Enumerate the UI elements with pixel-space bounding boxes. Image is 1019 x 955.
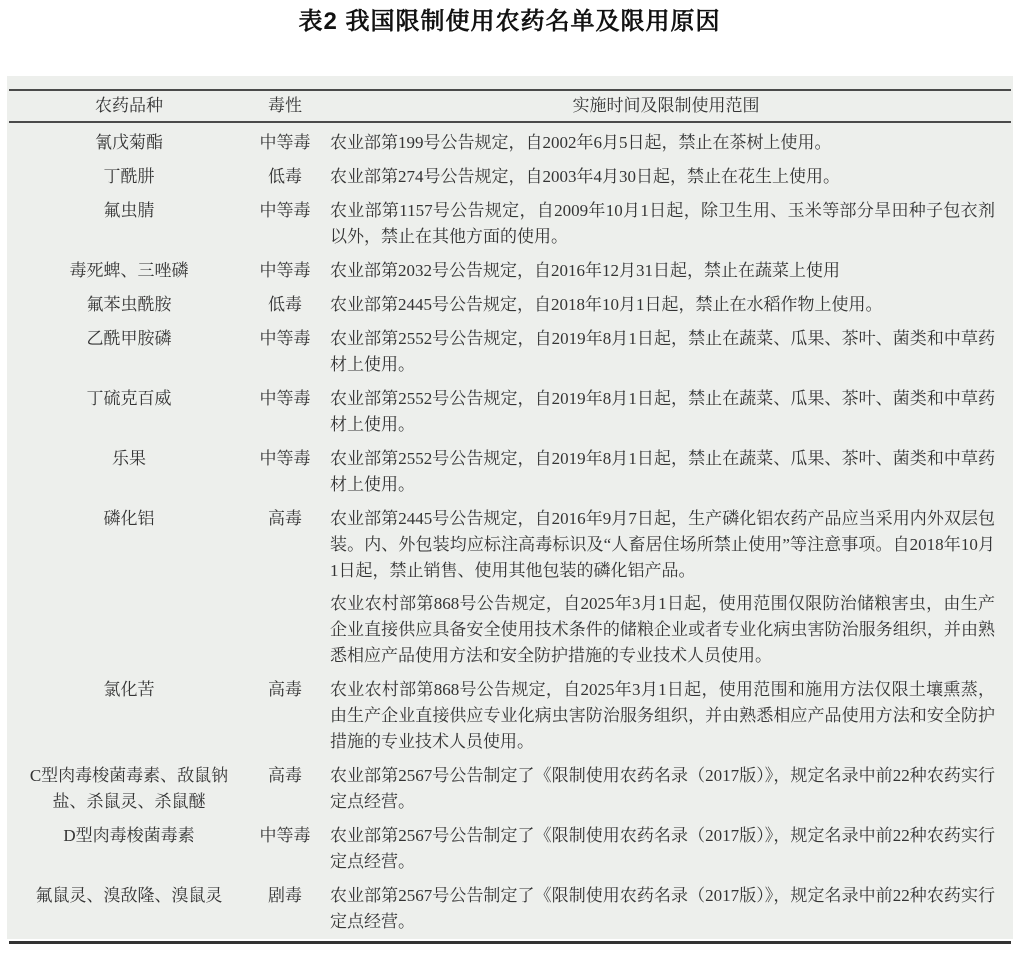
restriction-paragraph: 农业部第1157号公告规定，自2009年10月1日起，除卫生用、玉米等部分旱田种…: [330, 198, 995, 250]
pesticide-name-cell: 氟虫腈: [9, 198, 249, 250]
table-header-row: 农药品种 毒性 实施时间及限制使用范围: [9, 91, 1011, 121]
restriction-detail-cell: 农业部第2567号公告制定了《限制使用农药名录（2017版）》，规定名录中前22…: [321, 823, 1011, 875]
table-row: 氟鼠灵、溴敌隆、溴鼠灵 剧毒 农业部第2567号公告制定了《限制使用农药名录（2…: [9, 879, 1011, 939]
restriction-detail-cell: 农业部第1157号公告规定，自2009年10月1日起，除卫生用、玉米等部分旱田种…: [321, 198, 1011, 250]
restriction-paragraph: 农业部第2567号公告制定了《限制使用农药名录（2017版）》，规定名录中前22…: [330, 763, 995, 815]
restriction-detail-cell: 农业部第2032号公告规定，自2016年12月31日起，禁止在蔬菜上使用: [321, 258, 1011, 284]
table-row: 氟虫腈 中等毒 农业部第1157号公告规定，自2009年10月1日起，除卫生用、…: [9, 194, 1011, 254]
toxicity-cell: 中等毒: [249, 326, 321, 378]
pesticide-name-cell: 氯化苦: [9, 677, 249, 755]
pesticide-name-cell: 磷化铝: [9, 506, 249, 669]
restriction-paragraph: 农业农村部第868号公告规定，自2025年3月1日起，使用范围和施用方法仅限土壤…: [330, 677, 995, 755]
pesticide-name-cell: 氟鼠灵、溴敌隆、溴鼠灵: [9, 883, 249, 935]
toxicity-cell: 中等毒: [249, 258, 321, 284]
restriction-paragraph: 农业部第199号公告规定，自2002年6月5日起，禁止在茶树上使用。: [330, 130, 995, 156]
toxicity-cell: 高毒: [249, 763, 321, 815]
table-title: 表2 我国限制使用农药名单及限用原因: [0, 0, 1019, 36]
restriction-paragraph: 农业部第2552号公告规定，自2019年8月1日起，禁止在蔬菜、瓜果、茶叶、菌类…: [330, 446, 995, 498]
pesticide-name-cell: 乙酰甲胺磷: [9, 326, 249, 378]
table-row: 丁硫克百威 中等毒 农业部第2552号公告规定，自2019年8月1日起，禁止在蔬…: [9, 382, 1011, 442]
column-header-toxicity: 毒性: [249, 93, 321, 119]
table-row: 毒死蜱、三唑磷 中等毒 农业部第2032号公告规定，自2016年12月31日起，…: [9, 254, 1011, 288]
table-row: 磷化铝 高毒 农业部第2445号公告规定，自2016年9月7日起，生产磷化铝农药…: [9, 502, 1011, 673]
restriction-paragraph: 农业部第2445号公告规定，自2016年9月7日起，生产磷化铝农药产品应当采用内…: [330, 506, 995, 584]
toxicity-cell: 低毒: [249, 292, 321, 318]
table-row: D型肉毒梭菌毒素 中等毒 农业部第2567号公告制定了《限制使用农药名录（201…: [9, 819, 1011, 879]
column-header-scope: 实施时间及限制使用范围: [321, 93, 1011, 119]
restriction-detail-cell: 农业部第2567号公告制定了《限制使用农药名录（2017版）》，规定名录中前22…: [321, 883, 1011, 935]
restriction-paragraph: 农业农村部第868号公告规定，自2025年3月1日起，使用范围仅限防治储粮害虫，…: [330, 591, 995, 669]
pesticide-name-cell: D型肉毒梭菌毒素: [9, 823, 249, 875]
toxicity-cell: 中等毒: [249, 446, 321, 498]
pesticide-name-cell: C型肉毒梭菌毒素、敌鼠钠盐、杀鼠灵、杀鼠醚: [9, 763, 249, 815]
table-top-margin: [9, 76, 1011, 89]
toxicity-cell: 剧毒: [249, 883, 321, 935]
restriction-paragraph: 农业部第2552号公告规定，自2019年8月1日起，禁止在蔬菜、瓜果、茶叶、菌类…: [330, 326, 995, 378]
table-body: 氰戊菊酯 中等毒 农业部第199号公告规定，自2002年6月5日起，禁止在茶树上…: [9, 123, 1011, 939]
table-row: C型肉毒梭菌毒素、敌鼠钠盐、杀鼠灵、杀鼠醚 高毒 农业部第2567号公告制定了《…: [9, 759, 1011, 819]
restriction-detail-cell: 农业部第2445号公告规定，自2018年10月1日起，禁止在水稻作物上使用。: [321, 292, 1011, 318]
restriction-detail-cell: 农业部第199号公告规定，自2002年6月5日起，禁止在茶树上使用。: [321, 130, 1011, 156]
restriction-paragraph: 农业部第2032号公告规定，自2016年12月31日起，禁止在蔬菜上使用: [330, 258, 995, 284]
toxicity-cell: 低毒: [249, 164, 321, 190]
restriction-detail-cell: 农业农村部第868号公告规定，自2025年3月1日起，使用范围和施用方法仅限土壤…: [321, 677, 1011, 755]
table-row: 乐果 中等毒 农业部第2552号公告规定，自2019年8月1日起，禁止在蔬菜、瓜…: [9, 442, 1011, 502]
restriction-detail-cell: 农业部第2552号公告规定，自2019年8月1日起，禁止在蔬菜、瓜果、茶叶、菌类…: [321, 326, 1011, 378]
restriction-paragraph: 农业部第2567号公告制定了《限制使用农药名录（2017版）》，规定名录中前22…: [330, 883, 995, 935]
restriction-paragraph: 农业部第274号公告规定，自2003年4月30日起，禁止在花生上使用。: [330, 164, 995, 190]
toxicity-cell: 高毒: [249, 506, 321, 669]
pesticide-name-cell: 氟苯虫酰胺: [9, 292, 249, 318]
table-row: 乙酰甲胺磷 中等毒 农业部第2552号公告规定，自2019年8月1日起，禁止在蔬…: [9, 322, 1011, 382]
table-row: 氯化苦 高毒 农业农村部第868号公告规定，自2025年3月1日起，使用范围和施…: [9, 673, 1011, 759]
pesticide-restriction-table: 农药品种 毒性 实施时间及限制使用范围 氰戊菊酯 中等毒 农业部第199号公告规…: [7, 76, 1013, 939]
restriction-detail-cell: 农业部第2552号公告规定，自2019年8月1日起，禁止在蔬菜、瓜果、茶叶、菌类…: [321, 386, 1011, 438]
restriction-paragraph: 农业部第2552号公告规定，自2019年8月1日起，禁止在蔬菜、瓜果、茶叶、菌类…: [330, 386, 995, 438]
restriction-paragraph: 农业部第2445号公告规定，自2018年10月1日起，禁止在水稻作物上使用。: [330, 292, 995, 318]
toxicity-cell: 中等毒: [249, 386, 321, 438]
restriction-detail-cell: 农业部第2445号公告规定，自2016年9月7日起，生产磷化铝农药产品应当采用内…: [321, 506, 1011, 669]
pesticide-name-cell: 乐果: [9, 446, 249, 498]
restriction-detail-cell: 农业部第274号公告规定，自2003年4月30日起，禁止在花生上使用。: [321, 164, 1011, 190]
toxicity-cell: 中等毒: [249, 130, 321, 156]
table-row: 丁酰肼 低毒 农业部第274号公告规定，自2003年4月30日起，禁止在花生上使…: [9, 160, 1011, 194]
table-row: 氟苯虫酰胺 低毒 农业部第2445号公告规定，自2018年10月1日起，禁止在水…: [9, 288, 1011, 322]
pesticide-name-cell: 毒死蜱、三唑磷: [9, 258, 249, 284]
restriction-paragraph: 农业部第2567号公告制定了《限制使用农药名录（2017版）》，规定名录中前22…: [330, 823, 995, 875]
table-row: 氰戊菊酯 中等毒 农业部第199号公告规定，自2002年6月5日起，禁止在茶树上…: [9, 126, 1011, 160]
restriction-detail-cell: 农业部第2567号公告制定了《限制使用农药名录（2017版）》，规定名录中前22…: [321, 763, 1011, 815]
toxicity-cell: 中等毒: [249, 823, 321, 875]
pesticide-name-cell: 氰戊菊酯: [9, 130, 249, 156]
restriction-detail-cell: 农业部第2552号公告规定，自2019年8月1日起，禁止在蔬菜、瓜果、茶叶、菌类…: [321, 446, 1011, 498]
pesticide-name-cell: 丁硫克百威: [9, 386, 249, 438]
pesticide-name-cell: 丁酰肼: [9, 164, 249, 190]
toxicity-cell: 高毒: [249, 677, 321, 755]
toxicity-cell: 中等毒: [249, 198, 321, 250]
column-header-pesticide: 农药品种: [9, 93, 249, 119]
